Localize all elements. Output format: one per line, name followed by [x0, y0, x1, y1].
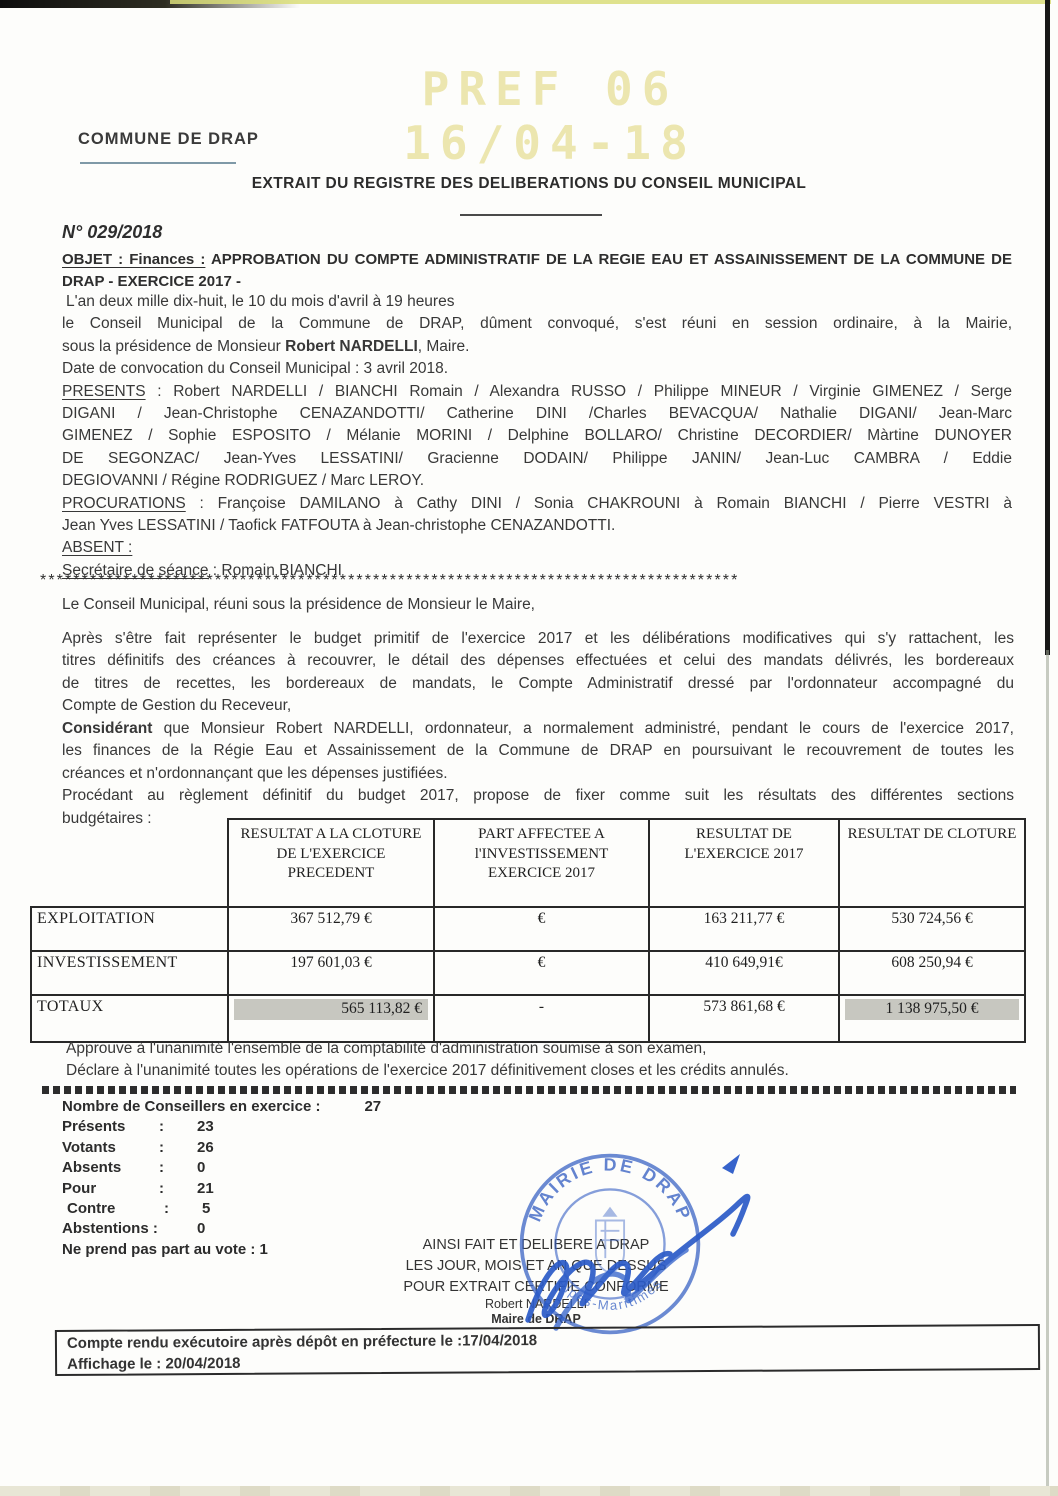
vote-row-absents: Absents:0 — [62, 1158, 381, 1178]
text-line: Date de convocation du Conseil Municipal… — [62, 358, 1012, 380]
document-title: EXTRAIT DU REGISTRE DES DELIBERATIONS DU… — [0, 175, 1058, 193]
table-header-resultat-cloture: RESULTAT DE CLOTURE — [839, 819, 1025, 907]
table-header-row: RESULTAT A LA CLOTURE DE L'EXERCICE PREC… — [31, 819, 1025, 907]
text-line: DEGIOVANNI / Régine RODRIGUEZ / Marc LER… — [62, 470, 1012, 492]
text-line: PROCURATIONS : Françoise DAMILANO à Cath… — [62, 493, 1012, 515]
text-line: DRAP - EXERCICE 2017 - — [62, 271, 1012, 293]
table-header-empty — [31, 819, 228, 907]
text-line: ABSENT : — [62, 537, 1012, 559]
table-header-resultat-exercice: RESULTAT DE L'EXERCICE 2017 — [649, 819, 839, 907]
highlighted-total-cloture: 1 138 975,50 € — [845, 999, 1019, 1020]
text-line: le Conseil Municipal de la Commune de DR… — [62, 313, 1012, 335]
asterisk-separator: ****************************************… — [40, 572, 1040, 590]
text-line: DE SEGONZAC/ Jean-Yves LESSATINI/ Gracie… — [62, 448, 1012, 470]
objet-heading: OBJET : Finances : APPROBATION DU COMPTE… — [62, 249, 1012, 293]
dotted-separator — [42, 1086, 1016, 1094]
text-line: DIGANI / Jean-Christophe CENAZANDOTTI/ C… — [62, 403, 1012, 425]
text-line: Déclare à l'unanimité toutes les opérati… — [66, 1060, 1016, 1082]
results-table: RESULTAT A LA CLOTURE DE L'EXERCICE PREC… — [30, 818, 1026, 1043]
text-line: L'an deux mille dix-huit, le 10 du mois … — [62, 291, 1012, 313]
text-line: Approuve à l'unanimité l'ensemble de la … — [66, 1038, 1016, 1060]
table-row-totaux: TOTAUX 565 113,82 € - 573 861,68 € 1 138… — [31, 995, 1025, 1042]
vote-row-contre: Contre:5 — [62, 1199, 381, 1219]
text-line: Jean Yves LESSATINI / Taofick FATFOUTA à… — [62, 515, 1012, 537]
prefecture-stamp-line1: PREF 06 — [370, 62, 730, 116]
vote-row-abstentions: Abstentions :0 — [62, 1219, 381, 1239]
highlighted-total-previous: 565 113,82 € — [234, 999, 428, 1020]
vote-row-pour: Pour:21 — [62, 1179, 381, 1199]
text-line: OBJET : Finances : APPROBATION DU COMPTE… — [62, 249, 1012, 271]
text-line: titres définitifs des créances à recouvr… — [62, 650, 1014, 672]
executory-notice-box: Compte rendu exécutoire après dépôt en p… — [55, 1324, 1040, 1376]
prefecture-date-stamp: PREF 06 16/04-18 — [370, 62, 730, 170]
text-line: Compte de Gestion du Receveur, — [62, 695, 1014, 717]
council-reunited-line: Le Conseil Municipal, réuni sous la prés… — [62, 596, 1012, 614]
signature-arrow-mark — [722, 1154, 740, 1174]
mayor-signature — [486, 1138, 796, 1348]
vote-count-block: Nombre de Conseillers en exercice :27 Pr… — [62, 1097, 381, 1260]
paragraph-budget-presentation: Après s'être fait représenter le budget … — [62, 628, 1014, 718]
text-line: PRESENTS : Robert NARDELLI / BIANCHI Rom… — [62, 381, 1012, 403]
text-line: les finances de la Régie Eau et Assainis… — [62, 740, 1014, 762]
table-header-part-affectee: PART AFFECTEE A l'INVESTISSEMENT EXERCIC… — [434, 819, 649, 907]
session-intro-and-attendance: L'an deux mille dix-huit, le 10 du mois … — [62, 291, 1012, 582]
text-line: sous la présidence de Monsieur Robert NA… — [62, 336, 1012, 358]
vote-row-exercice: Nombre de Conseillers en exercice :27 — [62, 1097, 381, 1117]
scan-edge-right-dark — [1045, 0, 1050, 655]
vote-row-presents: Présents:23 — [62, 1117, 381, 1137]
scan-edge-top-yellow — [170, 0, 1051, 4]
text-line: créances et n'ordonnançant que les dépen… — [62, 763, 1014, 785]
title-underline — [460, 214, 602, 216]
text-line: Considérant que Monsieur Robert NARDELLI… — [62, 718, 1014, 740]
text-line: de titres de recettes, les bordereaux de… — [62, 673, 1014, 695]
commune-underline — [80, 162, 236, 164]
scanned-document-page: PREF 06 16/04-18 COMMUNE DE DRAP EXTRAIT… — [0, 0, 1058, 1496]
paragraph-considerant: Considérant que Monsieur Robert NARDELLI… — [62, 718, 1014, 830]
deliberation-number: N° 029/2018 — [62, 222, 162, 243]
table-header-cloture-precedent: RESULTAT A LA CLOTURE DE L'EXERCICE PREC… — [228, 819, 434, 907]
vote-row-votants: Votants:26 — [62, 1138, 381, 1158]
scan-edge-right-light — [1046, 650, 1049, 1496]
vote-row-ne-prend-pas-part: Ne prend pas part au vote : 1 — [62, 1240, 381, 1260]
table-row-exploitation: EXPLOITATION 367 512,79 € € 163 211,77 €… — [31, 907, 1025, 951]
text-line: Après s'être fait représenter le budget … — [62, 628, 1014, 650]
prefecture-stamp-line2: 16/04-18 — [370, 116, 730, 170]
commune-name: COMMUNE DE DRAP — [78, 130, 259, 149]
table-row-investissement: INVESTISSEMENT 197 601,03 € € 410 649,91… — [31, 951, 1025, 995]
text-line: GIMENEZ / Sophie ESPOSITO / Mélanie MORI… — [62, 425, 1012, 447]
text-line: Procédant au règlement définitif du budg… — [62, 785, 1014, 807]
decision-lines: Approuve à l'unanimité l'ensemble de la … — [66, 1038, 1016, 1083]
vote-value-exercice: 27 — [364, 1098, 381, 1115]
scan-edge-bottom — [0, 1486, 1058, 1496]
